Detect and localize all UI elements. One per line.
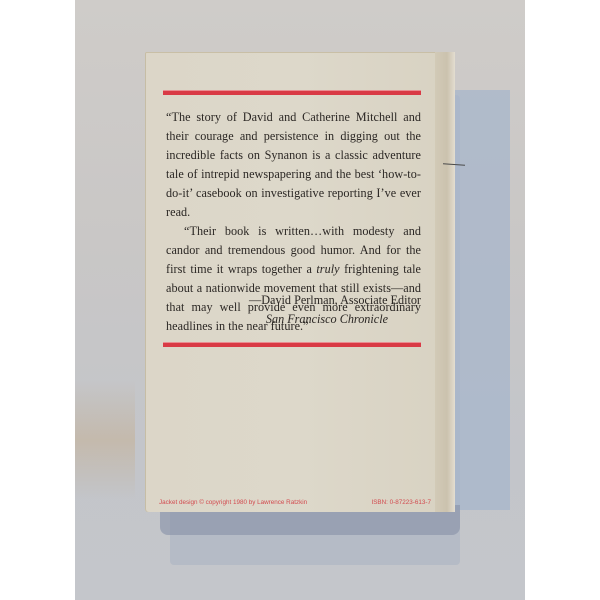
book-spine-edge bbox=[435, 52, 455, 512]
top-red-rule bbox=[163, 90, 421, 95]
photo-background: “The story of David and Catherine Mitche… bbox=[75, 0, 525, 600]
isbn: ISBN: 0-87223-613-7 bbox=[371, 499, 431, 506]
jacket-design-credit: Jacket design © copyright 1980 by Lawren… bbox=[159, 499, 307, 506]
reviewer-name: —David Perlman, Associate Editor bbox=[249, 293, 421, 307]
book-back-cover: “The story of David and Catherine Mitche… bbox=[145, 52, 455, 512]
cover-footer: Jacket design © copyright 1980 by Lawren… bbox=[159, 499, 431, 506]
blurb-emphasis: truly bbox=[316, 262, 339, 276]
bottom-red-rule bbox=[163, 342, 421, 347]
blurb-paragraph-1: “The story of David and Catherine Mitche… bbox=[166, 108, 421, 222]
publication-name: San Francisco Chronicle bbox=[166, 310, 421, 329]
review-attribution: —David Perlman, Associate Editor San Fra… bbox=[166, 291, 421, 329]
